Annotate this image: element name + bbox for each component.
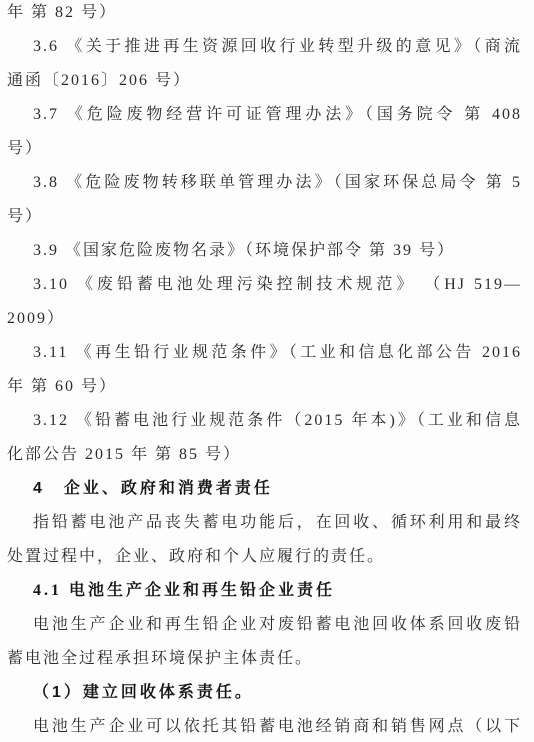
section-4-intro-line-1: 指铅蓄电池产品丧失蓄电功能后，在回收、循环利用和最终: [7, 506, 522, 540]
ref-3-11-line-2: 年 第 60 号）: [7, 370, 522, 404]
clause-heading-1: （1）建立回收体系责任。: [7, 676, 522, 710]
document-page: 年 第 82 号） 3.6 《关于推进再生资源回收行业转型升级的意见》（商流 通…: [0, 0, 534, 738]
ref-3-8-line-2: 号）: [7, 200, 522, 234]
ref-3-7-line-2: 号）: [7, 132, 522, 166]
ref-3-12-line-1: 3.12 《铅蓄电池行业规范条件（2015 年本)》（工业和信息: [7, 404, 522, 438]
ref-3-6-line-2: 通函〔2016〕206 号）: [7, 64, 522, 98]
ref-3-5-continuation: 年 第 82 号）: [7, 0, 522, 30]
ref-3-6-line-1: 3.6 《关于推进再生资源回收行业转型升级的意见》（商流: [7, 30, 522, 64]
section-heading-4: 4 企业、政府和消费者责任: [7, 472, 522, 506]
ref-3-9-line-1: 3.9 《国家危险废物名录》（环境保护部令 第 39 号）: [7, 234, 522, 268]
ref-3-12-line-2: 化部公告 2015 年 第 85 号）: [7, 438, 522, 472]
ref-3-10-line-2: 2009）: [7, 302, 522, 336]
ref-3-8-line-1: 3.8 《危险废物转移联单管理办法》（国家环保总局令 第 5: [7, 166, 522, 200]
ref-3-11-line-1: 3.11 《再生铅行业规范条件》（工业和信息化部公告 2016: [7, 336, 522, 370]
ref-3-7-line-1: 3.7 《危险废物经营许可证管理办法》（国务院令 第 408: [7, 98, 522, 132]
section-4-intro-line-2: 处置过程中，企业、政府和个人应履行的责任。: [7, 540, 522, 574]
section-4-1-body-line-2: 蓄电池全过程承担环境保护主体责任。: [7, 642, 522, 676]
clause-1-body-line-1: 电池生产企业可以依托其铅蓄电池经销商和销售网点（以下: [7, 710, 522, 742]
section-heading-4-1: 4.1 电池生产企业和再生铅企业责任: [7, 574, 522, 608]
section-4-1-body-line-1: 电池生产企业和再生铅企业对废铅蓄电池回收体系回收废铅: [7, 608, 522, 642]
ref-3-10-line-1: 3.10 《废铅蓄电池处理污染控制技术规范》 （HJ 519—: [7, 268, 522, 302]
